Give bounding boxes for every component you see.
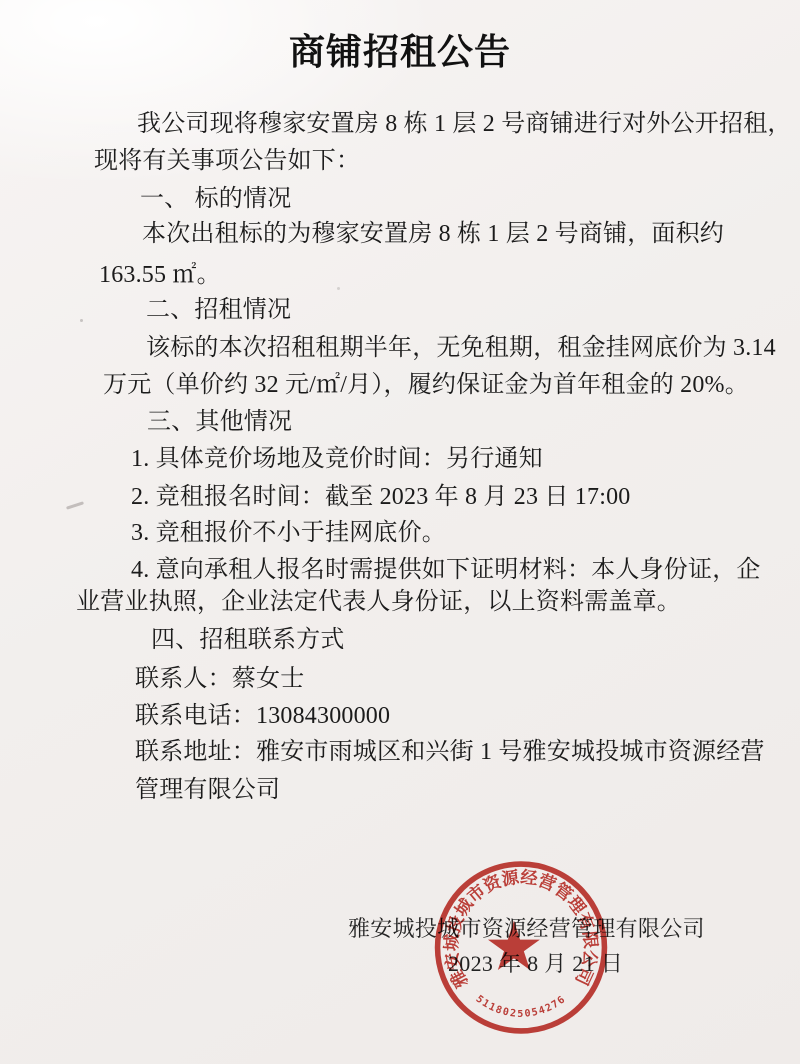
body-line: 我公司现将穆家安置房 8 栋 1 层 2 号商铺进行对外公开招租，	[137, 110, 792, 138]
body-line: 三、其他情况	[147, 408, 292, 436]
scan-speck	[66, 501, 84, 509]
body-line: 万元（单价约 32 元/㎡/月），履约保证金为首年租金的 20%。	[103, 371, 749, 399]
body-line: 2. 竞租报名时间：截至 2023 年 8 月 23 日 17:00	[131, 483, 630, 511]
body-line: 四、招租联系方式	[151, 626, 345, 654]
document-page: 商铺招租公告 我公司现将穆家安置房 8 栋 1 层 2 号商铺进行对外公开招租，…	[0, 0, 800, 1064]
body-line: 本次出租标的为穆家安置房 8 栋 1 层 2 号商铺，面积约	[142, 220, 724, 248]
seal-star-icon	[488, 921, 540, 970]
body-line: 3. 竞租报价不小于挂网底价。	[131, 519, 446, 547]
document-title: 商铺招租公告	[0, 24, 800, 75]
body-line: 163.55 ㎡。	[99, 261, 221, 289]
body-line: 4. 意向承租人报名时需提供如下证明材料：本人身份证，企	[131, 556, 761, 584]
body-line: 现将有关事项公告如下：	[94, 147, 360, 175]
body-line: 联系人：蔡女士	[135, 665, 304, 693]
body-line: 联系电话：13084300000	[135, 702, 390, 730]
body-line: 二、招租情况	[146, 296, 291, 324]
body-line: 管理有限公司	[135, 776, 280, 804]
scan-speck	[337, 287, 340, 290]
scan-speck	[80, 319, 83, 322]
body-line: 业营业执照，企业法定代表人身份证，以上资料需盖章。	[76, 588, 681, 616]
official-seal: 雅安城投城市资源经营管理有限公司 5118025054276	[433, 860, 609, 1036]
body-line: 1. 具体竞价场地及竞价时间：另行通知	[131, 445, 543, 473]
scan-speck	[700, 560, 703, 562]
body-line: 一、 标的情况	[140, 185, 291, 213]
seal-serial-number: 5118025054276	[474, 994, 569, 1020]
body-line: 该标的本次招租租期半年，无免租期，租金挂网底价为 3.14	[146, 334, 776, 362]
body-line: 联系地址：雅安市雨城区和兴街 1 号雅安城投城市资源经营	[135, 738, 765, 766]
